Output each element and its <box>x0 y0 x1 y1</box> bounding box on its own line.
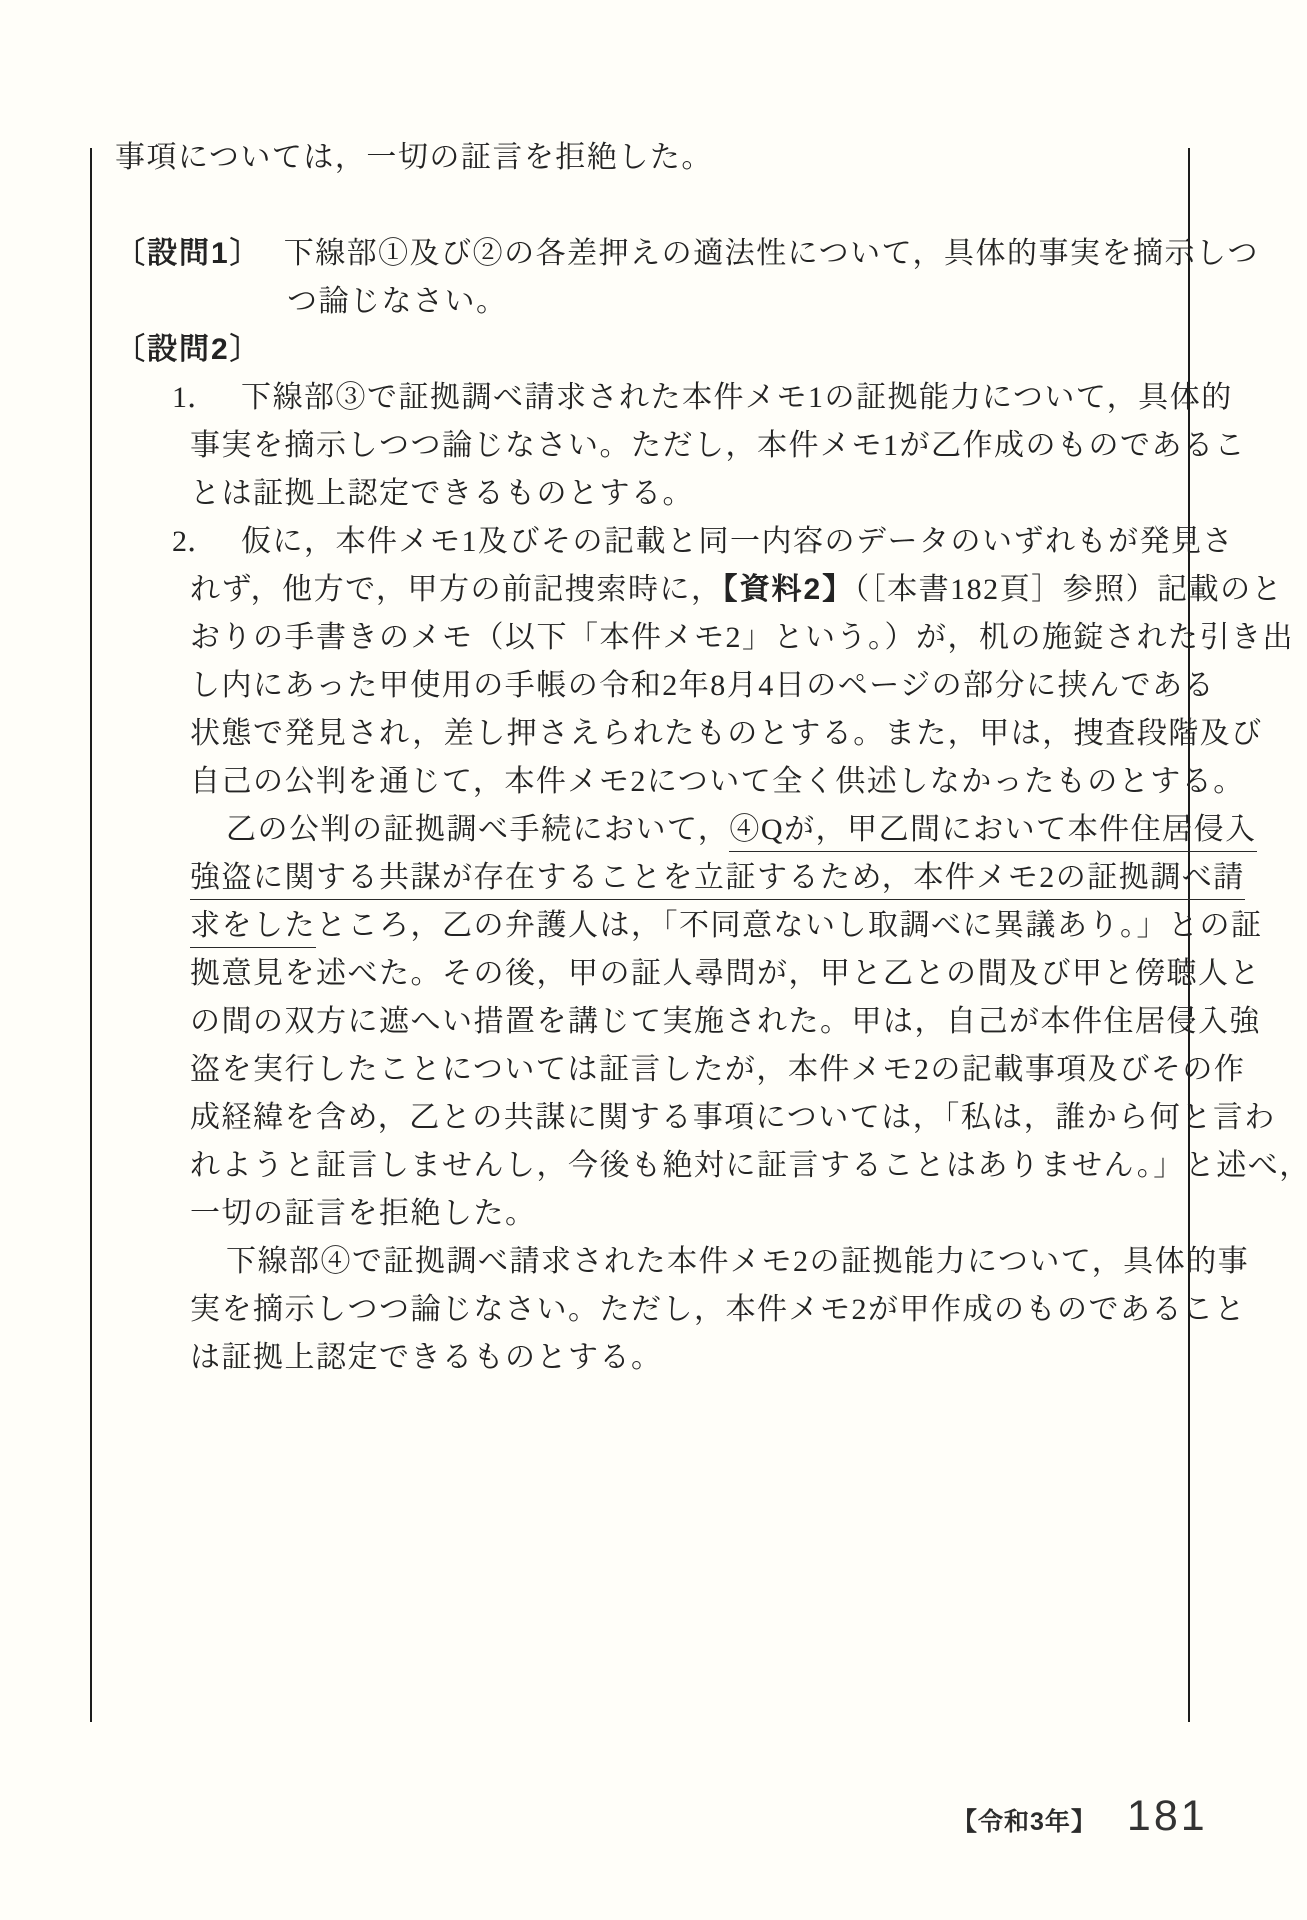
item1-number: 1． <box>172 374 241 422</box>
item2-line14: れようと証言しませんし，今後も絶対に証言することはありません。」と述べ， <box>115 1142 1171 1190</box>
item2-line11: の間の双方に遮へい措置を講じて実施された。甲は，自己が本件住居侵入強 <box>115 998 1171 1046</box>
shiryo2-reference: 【資料2】 <box>723 573 855 606</box>
item2-text18: は証拠上認定できるものとする。 <box>190 1341 663 1374</box>
era-label: 【令和3年】 <box>952 1802 1097 1838</box>
underlined-passage-4-part1: ④Qが，甲乙間において本件住居侵入 <box>729 813 1256 852</box>
item2-text14: れようと証言しませんし，今後も絶対に証言することはありません。」と述べ， <box>190 1149 1307 1182</box>
item2-line6: 自己の公判を通じて，本件メモ2について全く供述しなかったものとする。 <box>115 758 1171 806</box>
item1-line2: 事実を摘示しつつ論じなさい。ただし，本件メモ1が乙作成のものであるこ <box>115 422 1171 470</box>
item2-line5: 状態で発見され，差し押さえられたものとする。また，甲は，捜査段階及び <box>115 710 1171 758</box>
item1-line3: とは証拠上認定できるものとする。 <box>115 470 1171 518</box>
item2-line17: 実を摘示しつつ論じなさい。ただし，本件メモ2が甲作成のものであること <box>115 1286 1171 1334</box>
item2-line1: 2．仮に，本件メモ1及びその記載と同一内容のデータのいずれもが発見さ <box>115 518 1171 566</box>
intro-line: 事項については，一切の証言を拒絶した。 <box>115 134 1171 182</box>
item2-text2-pre: れず，他方で，甲方の前記捜索時に， <box>190 573 723 606</box>
item2-line10: 拠意見を述べた。その後，甲の証人尋問が，甲と乙との間及び甲と傍聴人と <box>115 950 1171 998</box>
item2-text6: 自己の公判を通じて，本件メモ2について全く供述しなかったものとする。 <box>190 765 1245 798</box>
page-footer: 【令和3年】 181 <box>952 1792 1208 1841</box>
item2-text9-post: ところ，乙の弁護人は，「不同意ないし取調べに異議あり。」との証 <box>316 909 1263 942</box>
page-left-rule <box>90 148 92 1722</box>
item1-text2: 事実を摘示しつつ論じなさい。ただし，本件メモ1が乙作成のものであるこ <box>190 429 1246 462</box>
blank-line <box>115 182 1171 230</box>
question1-line1: 〔設問1〕下線部①及び②の各差押えの適法性について，具体的事実を摘示しつ <box>115 230 1171 278</box>
item2-line16: 下線部④で証拠調べ請求された本件メモ2の証拠能力について，具体的事 <box>115 1238 1171 1286</box>
item2-line3: おりの手書きのメモ（以下「本件メモ2」という。）が，机の施錠された引き出 <box>115 614 1171 662</box>
item2-text11: の間の双方に遮へい措置を講じて実施された。甲は，自己が本件住居侵入強 <box>190 1005 1261 1038</box>
item1-line1: 1．下線部③で証拠調べ請求された本件メモ1の証拠能力について，具体的 <box>115 374 1171 422</box>
underlined-passage-4-part2: 強盗に関する共謀が存在することを立証するため，本件メモ2の証拠調べ請 <box>190 861 1245 900</box>
item2-line8: 強盗に関する共謀が存在することを立証するため，本件メモ2の証拠調べ請 <box>115 854 1171 902</box>
item2-number: 2． <box>172 518 241 566</box>
question1-text2: つ論じなさい。 <box>287 285 508 318</box>
item2-text16: 下線部④で証拠調べ請求された本件メモ2の証拠能力について，具体的事 <box>226 1245 1249 1278</box>
item2-text10: 拠意見を述べた。その後，甲の証人尋問が，甲と乙との間及び甲と傍聴人と <box>190 957 1261 990</box>
question1-label: 〔設問1〕 <box>115 237 262 270</box>
question2-label-line: 〔設問2〕 <box>115 326 1171 374</box>
item2-line13: 成経緯を含め，乙との共謀に関する事項については，「私は，誰から何と言わ <box>115 1094 1171 1142</box>
item1-text1: 下線部③で証拠調べ請求された本件メモ1の証拠能力について，具体的 <box>241 381 1233 414</box>
item2-text15: 一切の証言を拒絶した。 <box>190 1197 537 1230</box>
item2-line15: 一切の証言を拒絶した。 <box>115 1190 1171 1238</box>
question2-label: 〔設問2〕 <box>115 333 262 366</box>
document-text: 事項については，一切の証言を拒絶した。 〔設問1〕下線部①及び②の各差押えの適法… <box>115 134 1171 1382</box>
item2-text4: し内にあった甲使用の手帳の令和2年8月4日のページの部分に挟んである <box>190 669 1215 702</box>
item2-line9: 求をしたところ，乙の弁護人は，「不同意ないし取調べに異議あり。」との証 <box>115 902 1171 950</box>
intro-text: 事項については，一切の証言を拒絶した。 <box>115 141 713 174</box>
item2-text7-pre: 乙の公判の証拠調べ手続において， <box>226 813 729 846</box>
item1-text3: とは証拠上認定できるものとする。 <box>190 477 694 510</box>
item2-text5: 状態で発見され，差し押さえられたものとする。また，甲は，捜査段階及び <box>190 717 1263 750</box>
item2-text13: 成経緯を含め，乙との共謀に関する事項については，「私は，誰から何と言わ <box>190 1101 1276 1134</box>
item2-line7: 乙の公判の証拠調べ手続において，④Qが，甲乙間において本件住居侵入 <box>115 806 1171 854</box>
item2-line12: 盗を実行したことについては証言したが，本件メモ2の記載事項及びその作 <box>115 1046 1171 1094</box>
item2-line18: は証拠上認定できるものとする。 <box>115 1334 1171 1382</box>
page-number: 181 <box>1127 1792 1208 1841</box>
item2-text12: 盗を実行したことについては証言したが，本件メモ2の記載事項及びその作 <box>190 1053 1245 1086</box>
item2-text1: 仮に，本件メモ1及びその記載と同一内容のデータのいずれもが発見さ <box>241 525 1234 558</box>
question1-text1: 下線部①及び②の各差押えの適法性について，具体的事実を摘示しつ <box>284 237 1259 270</box>
item2-text3: おりの手書きのメモ（以下「本件メモ2」という。）が，机の施錠された引き出 <box>190 621 1294 654</box>
item2-text17: 実を摘示しつつ論じなさい。ただし，本件メモ2が甲作成のものであること <box>190 1293 1246 1326</box>
underlined-passage-4-part3: 求をした <box>190 909 316 948</box>
item2-line4: し内にあった甲使用の手帳の令和2年8月4日のページの部分に挟んである <box>115 662 1171 710</box>
item2-line2: れず，他方で，甲方の前記捜索時に，【資料2】（［本書182頁］参照）記載のと <box>115 566 1171 614</box>
question1-line2: つ論じなさい。 <box>115 278 1171 326</box>
item2-text2-post: （［本書182頁］参照）記載のと <box>854 573 1283 606</box>
